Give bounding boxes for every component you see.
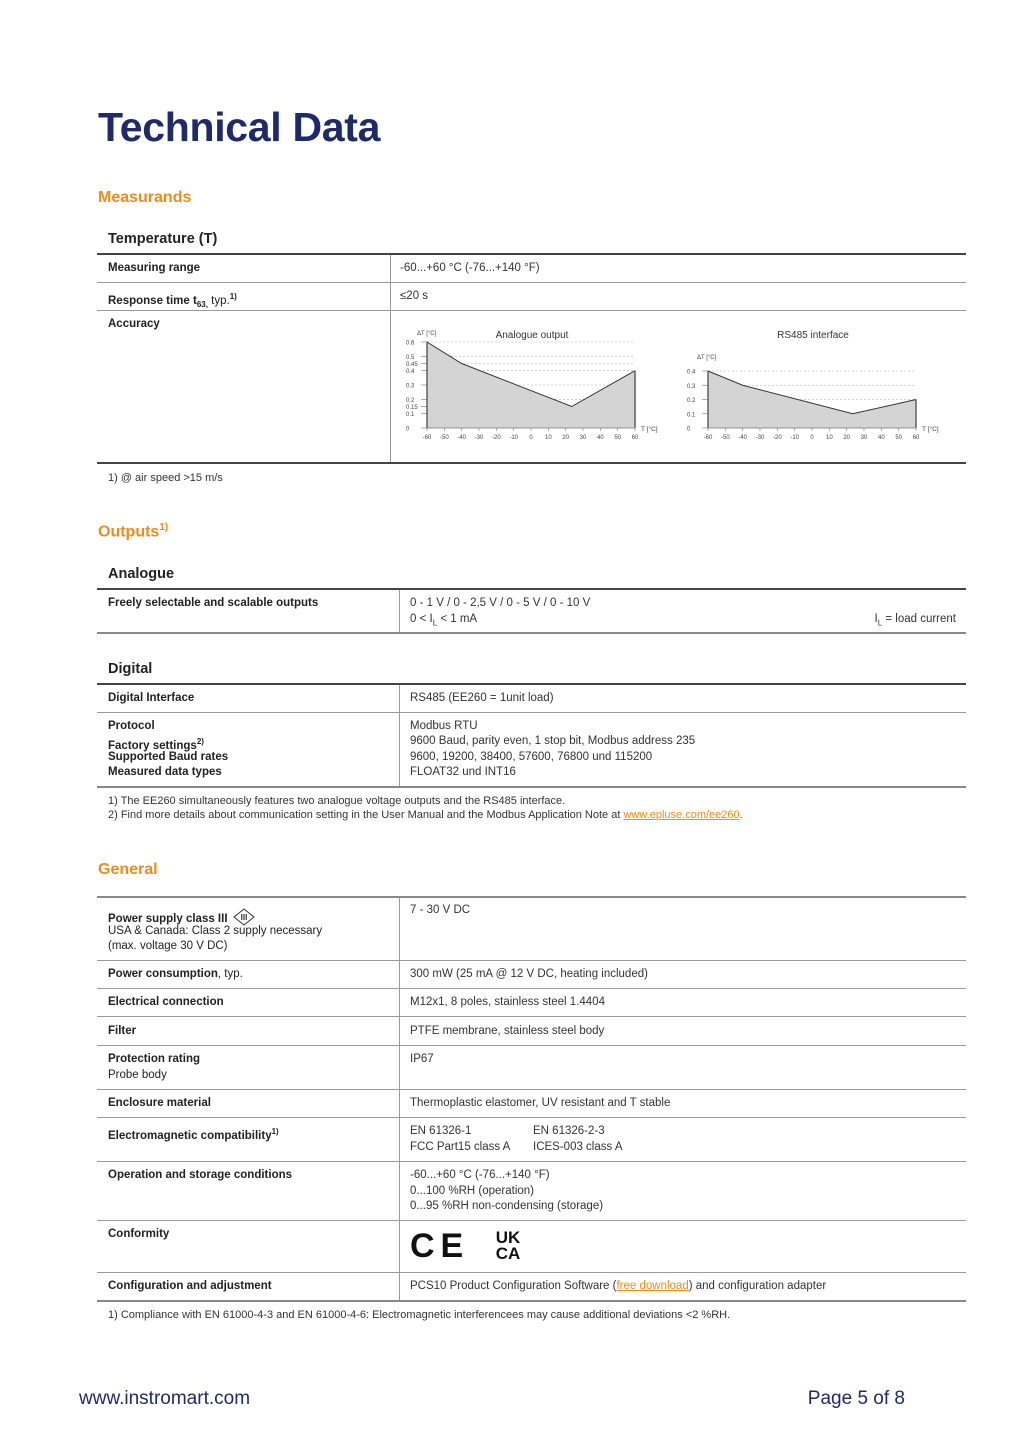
subhead-analogue: Analogue (108, 566, 174, 582)
value-power-consumption: 300 mW (25 mA @ 12 V DC, heating include… (410, 967, 648, 983)
table-rule (97, 1300, 966, 1302)
label-emc: Electromagnetic compatibility1) (108, 1124, 279, 1144)
svg-text:0.2: 0.2 (406, 398, 415, 404)
svg-text:20: 20 (562, 435, 569, 441)
value-filter: PTFE membrane, stainless steel body (410, 1024, 604, 1040)
svg-text:-20: -20 (773, 435, 782, 441)
text: PCS10 Product Configuration Software ( (410, 1280, 616, 1292)
label-accuracy: Accuracy (108, 317, 160, 333)
value-emc-2b: ICES-003 class A (533, 1140, 622, 1156)
row-divider (97, 1161, 966, 1162)
footnote-outputs-1: 1) The EE260 simultaneously features two… (108, 794, 565, 808)
footer-page-number: Page 5 of 8 (808, 1388, 905, 1410)
conformity-marks: CE UK CA (410, 1228, 520, 1264)
subhead-temperature: Temperature (T) (108, 231, 217, 247)
table-rule (97, 786, 966, 788)
svg-text:0: 0 (529, 435, 533, 441)
value-enclosure-material: Thermoplastic elastomer, UV resistant an… (410, 1096, 670, 1112)
row-divider (97, 712, 966, 713)
svg-text:0.3: 0.3 (406, 384, 415, 390)
label-protocol: Protocol (108, 719, 155, 735)
row-divider (97, 310, 966, 311)
svg-text:0.5: 0.5 (406, 355, 415, 361)
text: < 1 mA (437, 613, 477, 625)
label-electrical-connection: Electrical connection (108, 995, 224, 1011)
page-title: Technical Data (98, 104, 380, 151)
row-divider (97, 1089, 966, 1090)
value-baud-rates: 9600, 19200, 38400, 57600, 76800 und 115… (410, 750, 652, 766)
value-protection-rating: IP67 (410, 1052, 434, 1068)
footnote-air-speed: 1) @ air speed >15 m/s (108, 471, 223, 485)
svg-text:ΔT [°C]: ΔT [°C] (697, 355, 717, 361)
row-divider (97, 960, 966, 961)
value-operation-temp: -60...+60 °C (-76...+140 °F) (410, 1168, 550, 1184)
footnote-ref: 2) (197, 737, 204, 746)
label-data-types: Measured data types (108, 765, 222, 781)
text: 2) Find more details about communication… (108, 809, 623, 821)
svg-text:T [°C]: T [°C] (641, 425, 658, 433)
svg-text:40: 40 (597, 435, 604, 441)
svg-text:T [°C]: T [°C] (922, 425, 939, 433)
svg-text:10: 10 (545, 435, 552, 441)
ukca-bottom: CA (496, 1246, 521, 1262)
svg-text:Analogue output: Analogue output (496, 330, 569, 341)
table-rule (97, 588, 966, 590)
svg-text:20: 20 (843, 435, 850, 441)
value-data-types: FLOAT32 und INT16 (410, 765, 516, 781)
row-divider (97, 282, 966, 283)
value-storage-rh: 0...95 %RH non-condensing (storage) (410, 1199, 603, 1215)
svg-text:0.45: 0.45 (406, 362, 418, 368)
value-analogue-voltages: 0 - 1 V / 0 - 2,5 V / 0 - 5 V / 0 - 10 V (410, 596, 590, 612)
power-supply-max-voltage: (max. voltage 30 V DC) (108, 939, 228, 955)
text: Electromagnetic compatibility (108, 1130, 272, 1142)
power-supply-usa-canada: USA & Canada: Class 2 supply necessary (108, 924, 322, 940)
svg-text:0.4: 0.4 (406, 369, 415, 375)
value-digital-interface: RS485 (EE260 = 1unit load) (410, 691, 554, 707)
value-protocol: Modbus RTU (410, 719, 478, 735)
column-divider (399, 897, 400, 1300)
svg-text:-30: -30 (475, 435, 484, 441)
label-analogue-outputs: Freely selectable and scalable outputs (108, 596, 318, 612)
value-analogue-current: 0 < IL < 1 mA (410, 612, 477, 631)
ukca-mark-icon: UK CA (496, 1228, 521, 1262)
svg-text:0: 0 (687, 427, 691, 433)
svg-text:0.3: 0.3 (687, 384, 696, 390)
svg-text:0.15: 0.15 (406, 405, 418, 411)
value-configuration: PCS10 Product Configuration Software (fr… (410, 1279, 826, 1295)
footnote-ref: 1) (230, 292, 237, 301)
text: , typ. (218, 968, 243, 980)
svg-text:ΔT [°C]: ΔT [°C] (417, 331, 437, 337)
value-operation-rh: 0...100 %RH (operation) (410, 1184, 534, 1200)
svg-text:-20: -20 (492, 435, 501, 441)
svg-text:10: 10 (826, 435, 833, 441)
load-current-note: IL = load current (875, 612, 957, 631)
label-sub: 63, (197, 300, 208, 309)
svg-text:-40: -40 (738, 435, 747, 441)
svg-text:-10: -10 (509, 435, 518, 441)
column-divider (399, 590, 400, 632)
svg-text:50: 50 (895, 435, 902, 441)
epluse-link[interactable]: www.epluse.com/ee260 (623, 809, 739, 821)
table-rule (97, 632, 966, 634)
footnote-general: 1) Compliance with EN 61000-4-3 and EN 6… (108, 1308, 730, 1322)
text: = load current (882, 613, 956, 625)
label-suffix: typ. (208, 295, 230, 307)
table-rule (97, 896, 966, 898)
label-digital-interface: Digital Interface (108, 691, 194, 707)
svg-text:-50: -50 (721, 435, 730, 441)
svg-text:0: 0 (810, 435, 814, 441)
footnote-ref: 1) (159, 522, 168, 533)
table-rule (97, 253, 966, 255)
svg-text:0.2: 0.2 (687, 398, 696, 404)
column-divider (390, 255, 391, 463)
section-general: General (98, 861, 158, 879)
label-baud-rates: Supported Baud rates (108, 750, 228, 766)
table-rule (97, 683, 966, 685)
table-rule (97, 462, 966, 464)
label-filter: Filter (108, 1024, 136, 1040)
row-divider (97, 1016, 966, 1017)
free-download-link[interactable]: free download (616, 1280, 688, 1292)
row-divider (97, 1117, 966, 1118)
svg-text:30: 30 (861, 435, 868, 441)
footnote-outputs-2: 2) Find more details about communication… (108, 808, 743, 822)
footer-website: www.instromart.com (79, 1388, 250, 1410)
svg-text:-10: -10 (790, 435, 799, 441)
subhead-digital: Digital (108, 661, 152, 677)
svg-text:0.6: 0.6 (406, 341, 415, 347)
value-response-time: ≤20 s (400, 289, 428, 305)
svg-text:-60: -60 (423, 435, 432, 441)
svg-text:60: 60 (913, 435, 920, 441)
label-conformity: Conformity (108, 1227, 169, 1243)
section-outputs: Outputs1) (98, 522, 168, 541)
svg-text:0: 0 (406, 427, 410, 433)
svg-text:60: 60 (632, 435, 639, 441)
row-divider (97, 988, 966, 989)
row-divider (97, 1272, 966, 1273)
text: . (740, 809, 743, 821)
value-emc-2a: FCC Part15 class A (410, 1140, 510, 1156)
label-power-consumption: Power consumption, typ. (108, 967, 243, 983)
column-divider (399, 685, 400, 786)
value-power-supply: 7 - 30 V DC (410, 903, 470, 919)
row-divider (97, 1045, 966, 1046)
label-text: Response time t (108, 295, 197, 307)
value-factory-settings: 9600 Baud, parity even, 1 stop bit, Modb… (410, 734, 695, 750)
text: Power consumption (108, 968, 218, 980)
label-enclosure-material: Enclosure material (108, 1096, 211, 1112)
label-operation-storage: Operation and storage conditions (108, 1168, 292, 1184)
chart-analogue-output: 00.10.150.20.30.40.450.50.6-60-50-40-30-… (395, 322, 665, 452)
svg-text:50: 50 (614, 435, 621, 441)
svg-text:III: III (240, 913, 247, 922)
text: 0 < I (410, 613, 433, 625)
svg-text:RS485 interface: RS485 interface (777, 330, 849, 341)
svg-text:40: 40 (878, 435, 885, 441)
text: ) and configuration adapter (689, 1280, 826, 1292)
svg-text:30: 30 (580, 435, 587, 441)
value-measuring-range: -60...+60 °C (-76...+140 °F) (400, 261, 540, 277)
svg-text:-30: -30 (756, 435, 765, 441)
ce-mark-icon: CE (410, 1228, 469, 1264)
value-emc-1a: EN 61326-1 (410, 1124, 471, 1140)
row-divider (97, 1220, 966, 1221)
label-probe-body: Probe body (108, 1068, 167, 1084)
section-outputs-text: Outputs (98, 523, 159, 540)
label-measuring-range: Measuring range (108, 261, 200, 277)
footnote-ref: 1) (272, 1127, 279, 1136)
svg-text:0.4: 0.4 (687, 370, 696, 376)
label-configuration: Configuration and adjustment (108, 1279, 272, 1295)
label-protection-rating: Protection rating (108, 1052, 200, 1068)
value-electrical-connection: M12x1, 8 poles, stainless steel 1.4404 (410, 995, 605, 1011)
svg-text:-60: -60 (704, 435, 713, 441)
section-measurands: Measurands (98, 189, 191, 207)
value-emc-1b: EN 61326-2-3 (533, 1124, 605, 1140)
chart-rs485-interface: 00.10.20.30.4-60-50-40-30-20-10010203040… (675, 322, 960, 452)
svg-text:0.1: 0.1 (687, 412, 696, 418)
svg-text:-50: -50 (440, 435, 449, 441)
svg-text:0.1: 0.1 (406, 412, 415, 418)
svg-text:-40: -40 (457, 435, 466, 441)
